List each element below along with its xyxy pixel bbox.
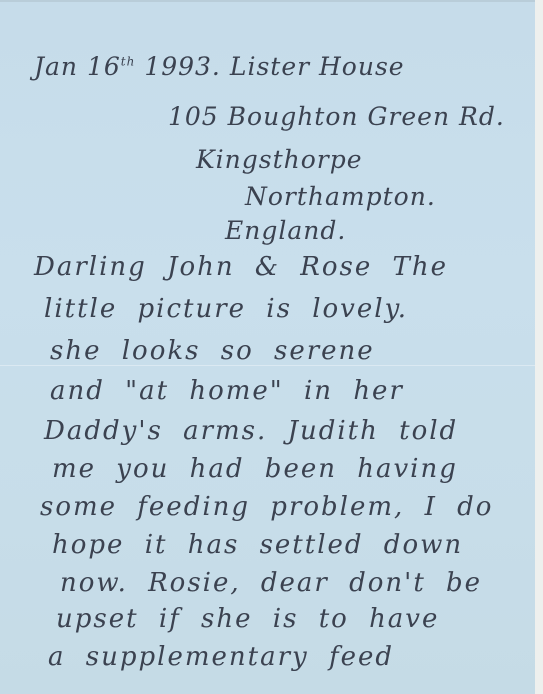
- address-district: Kingsthorpe: [196, 145, 363, 174]
- body-line-5: Daddy's arms. Judith told: [44, 416, 458, 446]
- body-line-7: some feeding problem, I do: [40, 492, 493, 522]
- body-line-8: hope it has settled down: [52, 530, 463, 560]
- house-name: Lister House: [230, 52, 405, 81]
- year: 1993.: [144, 52, 221, 81]
- body-line-11: a supplementary feed: [48, 642, 394, 672]
- body-line-10: upset if she is to have: [56, 604, 439, 634]
- body-line-3: she looks so serene: [50, 336, 375, 366]
- body-line-1: Darling John & Rose The: [34, 252, 448, 282]
- date: Jan 16: [34, 52, 121, 81]
- body-line-4: and "at home" in her: [50, 376, 404, 406]
- address-town: Northampton.: [245, 182, 436, 211]
- body-line-2: little picture is lovely.: [44, 294, 408, 324]
- scan-edge: [535, 0, 543, 694]
- address-street: 105 Boughton Green Rd.: [168, 102, 505, 131]
- date-ordinal: th: [121, 55, 136, 69]
- letter-paper: Jan 16th 1993. Lister House 105 Boughton…: [0, 0, 535, 694]
- body-line-6: me you had been having: [52, 454, 458, 484]
- date-line: Jan 16th 1993. Lister House: [34, 52, 405, 81]
- body-line-9: now. Rosie, dear don't be: [60, 568, 482, 598]
- address-country: England.: [225, 216, 346, 245]
